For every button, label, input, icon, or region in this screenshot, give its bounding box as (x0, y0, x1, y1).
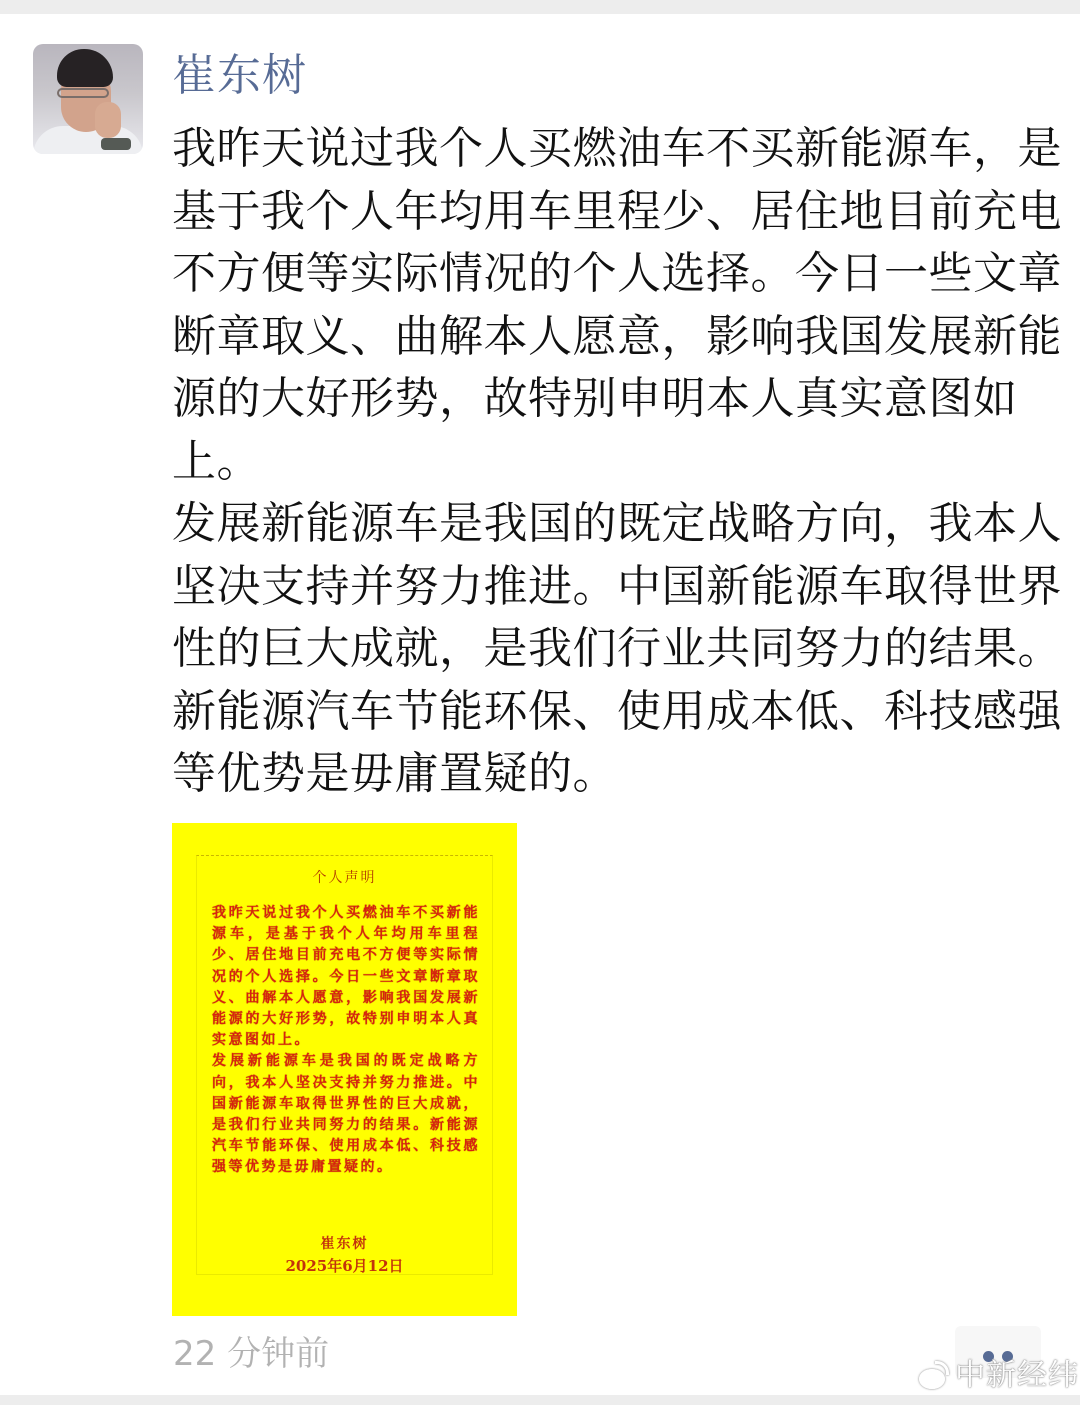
top-divider (0, 0, 1080, 14)
avatar-hand (95, 102, 121, 138)
avatar-watch (101, 138, 131, 150)
post-body: 我昨天说过我个人买燃油车不买新能源车，是基于我个人年均用车里程少、居住地目前充电… (172, 118, 1062, 806)
watermark: 中新经纬 (917, 1356, 1079, 1396)
username[interactable]: 崔东树 (172, 46, 307, 106)
statement-paragraph: 发展新能源车是我国的既定战略方向，我本人坚决支持并努力推进。中国新能源车取得世界… (212, 1051, 480, 1178)
statement-signature: 崔东树 (172, 1233, 517, 1253)
post-timestamp: 22 分钟前 (173, 1330, 329, 1378)
avatar-glasses (57, 88, 109, 98)
weibo-icon (917, 1361, 951, 1391)
statement-body: 我昨天说过我个人买燃油车不买新能源车，是基于我个人年均用车里程少、居住地目前充电… (212, 903, 480, 1179)
avatar[interactable] (33, 44, 143, 154)
post-paragraph: 我昨天说过我个人买燃油车不买新能源车，是基于我个人年均用车里程少、居住地目前充电… (172, 118, 1062, 493)
statement-title: 个人声明 (172, 867, 517, 887)
avatar-hair (57, 49, 113, 87)
statement-date: 2025年6月12日 (172, 1255, 517, 1276)
watermark-text: 中新经纬 (955, 1356, 1079, 1396)
statement-image[interactable]: 个人声明 我昨天说过我个人买燃油车不买新能源车，是基于我个人年均用车里程少、居住… (172, 823, 517, 1316)
bottom-divider (0, 1395, 1080, 1405)
post-paragraph: 发展新能源车是我国的既定战略方向，我本人坚决支持并努力推进。中国新能源车取得世界… (172, 493, 1062, 806)
statement-paragraph: 我昨天说过我个人买燃油车不买新能源车，是基于我个人年均用车里程少、居住地目前充电… (212, 903, 480, 1051)
